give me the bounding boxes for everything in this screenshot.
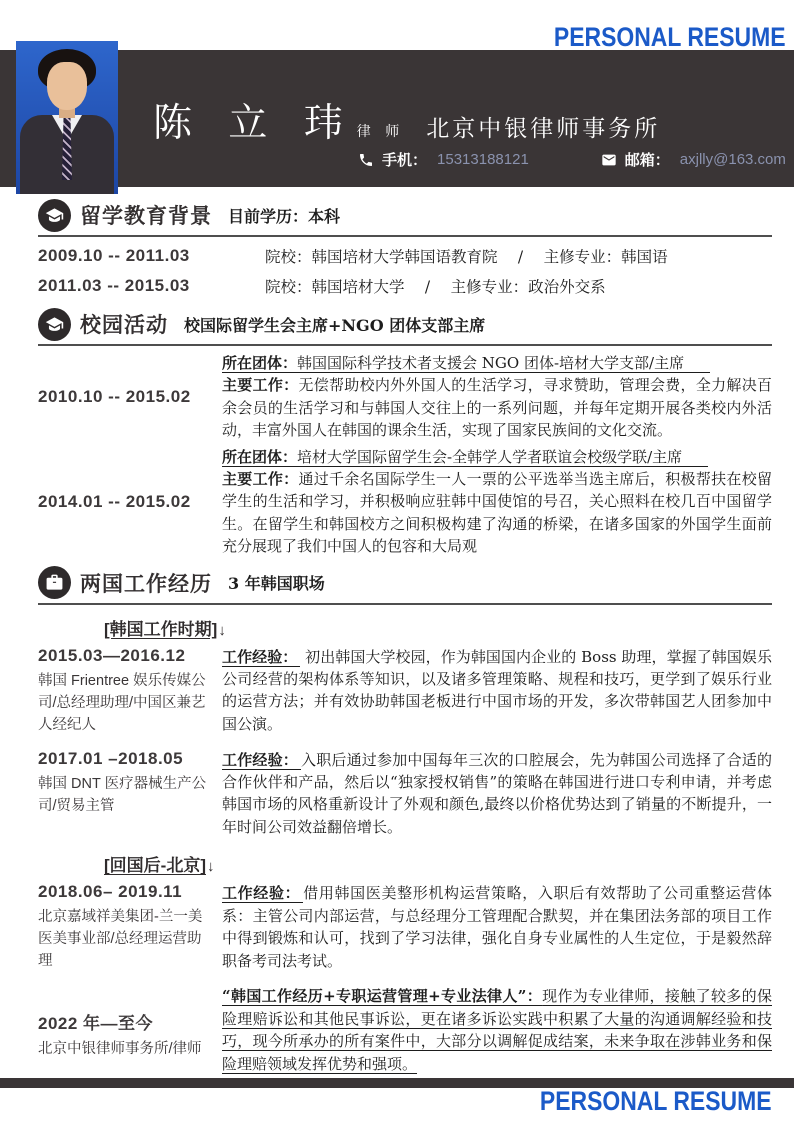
work-detail: “韩国工作经历+专职运营管理+专业法律人”：现作为专业律师，接触了较多的保险理赔…	[222, 985, 772, 1075]
campus-row: 2014.01 -- 2015.02 所在团体：培材大学国际留学生会-全韩学人学…	[38, 446, 772, 558]
work-date: 2022 年—至今	[38, 1009, 222, 1034]
work-text: 无偿帮助校内外外国人的生活学习，寻求赞助，管理会费，全力解决百余会员的生活学习和…	[222, 376, 772, 439]
work-date: 2018.06– 2019.11	[38, 882, 222, 902]
work-text: 通过千余名国际学生一人一票的公平选举当选主席后，积极帮扶在校留学生的生活和学习，…	[222, 470, 772, 555]
graduation-cap-icon	[38, 308, 71, 341]
campus-detail: 所在团体：韩国国际科学技术者支援会 NGO 团体-培材大学支部/主席 主要工作：…	[222, 352, 772, 442]
email-item: 邮箱： axjlly@163.com	[601, 149, 786, 170]
down-arrow-icon: ↓	[207, 858, 215, 875]
work-heading: 两国工作经历	[80, 568, 212, 598]
education-header: 留学教育背景 目前学历：本科	[38, 198, 772, 232]
contact-row: 手机： 15313188121 邮箱： axjlly@163.com	[358, 149, 786, 170]
work-row: 2022 年—至今 北京中银律师事务所/律师 “韩国工作经历+专职运营管理+专业…	[38, 985, 772, 1075]
campus-date: 2014.01 -- 2015.02	[38, 492, 222, 512]
name-row: 陈 立 玮 律 师 北京中银律师事务所	[153, 92, 660, 148]
campus-date: 2010.10 -- 2015.02	[38, 387, 222, 407]
phone-icon	[358, 152, 374, 168]
graduation-cap-icon	[38, 199, 71, 232]
experience-text: 初出韩国大学校园，作为韩国国内企业的 Boss 助理，掌握了韩国娱乐公司经营的架…	[222, 648, 772, 733]
work-left: 2018.06– 2019.11 北京嘉域祥美集团-兰一美医美事业部/总经理运营…	[38, 882, 222, 972]
work-row: 2015.03—2016.12 韩国 Frientree 娱乐传媒公司/总经理助…	[38, 646, 772, 736]
phone-number: 15313188121	[437, 151, 529, 168]
resume-page: PERSONAL RESUME 陈 立 玮 律 师 北京中银律师事务所 手机： …	[0, 0, 794, 1123]
work-label: 主要工作：	[222, 376, 298, 394]
work-org: 北京嘉域祥美集团-兰一美医美事业部/总经理运营助理	[38, 906, 222, 972]
experience-label: “韩国工作经历+专职运营管理+专业法律人”：	[222, 987, 542, 1005]
work-left: 2022 年—至今 北京中银律师事务所/律师	[38, 985, 222, 1060]
education-date: 2009.10 -- 2011.03	[38, 246, 265, 266]
campus-detail: 所在团体：培材大学国际留学生会-全韩学人学者联谊会校级学联/主席 主要工作：通过…	[222, 446, 772, 558]
education-detail: 院校：韩国培材大学韩国语教育院 / 主修专业：韩国语	[265, 245, 772, 267]
experience-label: 工作经验：	[222, 884, 303, 903]
education-row: 2009.10 -- 2011.03 院校：韩国培材大学韩国语教育院 / 主修专…	[38, 241, 772, 271]
experience-label: 工作经验：	[222, 648, 300, 667]
experience-label: 工作经验：	[222, 751, 301, 770]
person-title: 律 师	[357, 121, 404, 141]
campus-heading: 校园活动	[80, 309, 168, 339]
education-heading: 留学教育背景	[80, 200, 212, 230]
education-subheading: 目前学历：本科	[228, 204, 340, 227]
work-date: 2015.03—2016.12	[38, 646, 222, 666]
company-name: 北京中银律师事务所	[426, 110, 660, 143]
work-org: 北京中银律师事务所/律师	[38, 1038, 222, 1060]
email-address: axjlly@163.com	[680, 151, 786, 168]
work-subheading: 3 年韩国职场	[228, 571, 325, 594]
phone-label: 手机：	[382, 149, 427, 170]
work-row: 2017.01 –2018.05 韩国 DNT 医疗器械生产公司/贸易主管 工作…	[38, 749, 772, 839]
campus-header: 校园活动 校国际留学生会主席+NGO 团体支部主席	[38, 307, 772, 341]
group-name: 韩国国际科学技术者支援会 NGO 团体-培材大学支部/主席	[297, 354, 684, 372]
section-campus: 校园活动 校国际留学生会主席+NGO 团体支部主席 2010.10 -- 201…	[38, 307, 772, 566]
work-left: 2015.03—2016.12 韩国 Frientree 娱乐传媒公司/总经理助…	[38, 646, 222, 736]
education-date: 2011.03 -- 2015.03	[38, 276, 265, 296]
email-label: 邮箱：	[625, 149, 670, 170]
education-row: 2011.03 -- 2015.03 院校：韩国培材大学 / 主修专业：政治外交…	[38, 271, 772, 301]
resume-content: 留学教育背景 目前学历：本科 2009.10 -- 2011.03 院校：韩国培…	[0, 198, 794, 1088]
work-group-beijing: [回国后-北京]↓	[104, 851, 772, 876]
work-group-korea: [韩国工作时期]↓	[104, 615, 772, 640]
envelope-icon	[601, 152, 617, 168]
work-header: 两国工作经历 3 年韩国职场	[38, 566, 772, 600]
work-org: 韩国 Frientree 娱乐传媒公司/总经理助理/中国区兼艺人经纪人	[38, 670, 222, 736]
group-label: 所在团体：	[222, 448, 297, 466]
divider	[38, 603, 772, 605]
campus-row: 2010.10 -- 2015.02 所在团体：韩国国际科学技术者支援会 NGO…	[38, 352, 772, 442]
section-work: 两国工作经历 3 年韩国职场 [韩国工作时期]↓ 2015.03—2016.12…	[38, 566, 772, 1075]
education-detail: 院校：韩国培材大学 / 主修专业：政治外交系	[265, 275, 772, 297]
work-label: 主要工作：	[222, 470, 298, 488]
experience-text: 借用韩国医美整形机构运营策略，入职后有效帮助了公司重整运营体系：主管公司内部运营…	[222, 884, 772, 969]
down-arrow-icon: ↓	[218, 622, 226, 639]
footer-title: PERSONAL RESUME	[540, 1086, 772, 1117]
work-detail: 工作经验：入职后通过参加中国每年三次的口腔展会，先为韩国公司选择了合适的合作伙伴…	[222, 749, 772, 839]
work-row: 2018.06– 2019.11 北京嘉域祥美集团-兰一美医美事业部/总经理运营…	[38, 882, 772, 972]
section-education: 留学教育背景 目前学历：本科 2009.10 -- 2011.03 院校：韩国培…	[38, 198, 772, 307]
phone-item: 手机： 15313188121	[358, 149, 529, 170]
work-date: 2017.01 –2018.05	[38, 749, 222, 769]
work-detail: 工作经验：借用韩国医美整形机构运营策略，入职后有效帮助了公司重整运营体系：主管公…	[222, 882, 772, 972]
group-name: 培材大学国际留学生会-全韩学人学者联谊会校级学联/主席	[297, 448, 682, 466]
person-name: 陈 立 玮	[153, 92, 355, 148]
work-detail: 工作经验： 初出韩国大学校园，作为韩国国内企业的 Boss 助理，掌握了韩国娱乐…	[222, 646, 772, 736]
group-label: 所在团体：	[222, 354, 297, 372]
experience-text: 入职后通过参加中国每年三次的口腔展会，先为韩国公司选择了合适的合作伙伴和产品，然…	[222, 751, 772, 836]
header-bar: 陈 立 玮 律 师 北京中银律师事务所 手机： 15313188121 邮箱： …	[0, 50, 794, 187]
profile-photo	[16, 41, 118, 194]
page-title: PERSONAL RESUME	[554, 22, 786, 53]
work-left: 2017.01 –2018.05 韩国 DNT 医疗器械生产公司/贸易主管	[38, 749, 222, 817]
campus-subheading: 校国际留学生会主席+NGO 团体支部主席	[184, 313, 485, 336]
work-org: 韩国 DNT 医疗器械生产公司/贸易主管	[38, 773, 222, 817]
briefcase-icon	[38, 566, 71, 599]
